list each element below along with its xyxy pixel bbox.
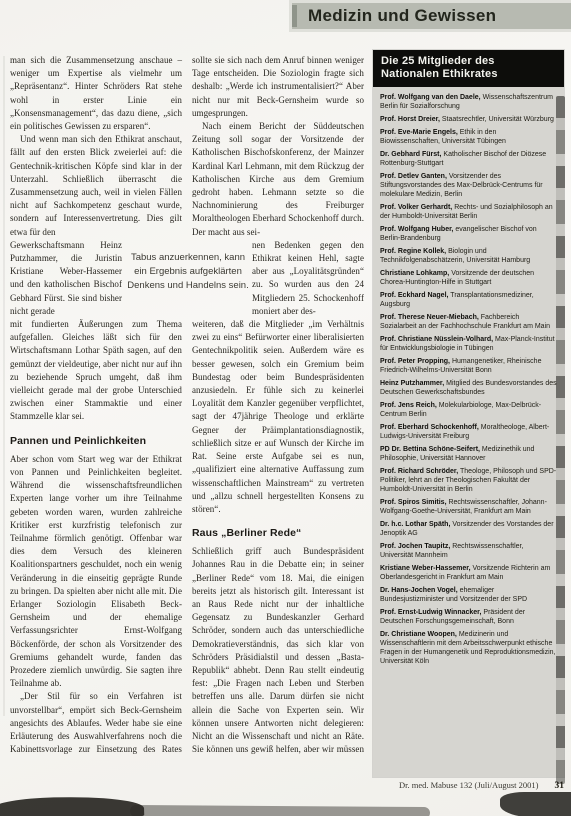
sidebar-member: Prof. Detlev Ganten, Vorsitzender des St… xyxy=(380,172,557,199)
member-name: Heinz Putzhammer, xyxy=(380,380,444,387)
paragraph-wrapped-around-quote: Gewerkschaftsmann Heinz Putzhammer, die … xyxy=(10,239,122,318)
scan-artifact-header-edge xyxy=(292,5,297,27)
article-body: man sich die Zusammensetzung anschaue – … xyxy=(10,54,367,756)
sidebar-member: Prof. Ernst-Ludwig Winnacker, Präsident … xyxy=(380,608,557,626)
sidebar-member: Prof. Horst Dreier, Staatsrechtler, Univ… xyxy=(380,115,557,124)
sidebar-member: Heinz Putzhammer, Mitglied des Bundesvor… xyxy=(380,379,557,397)
sidebar-box: Die 25 Mitglieder des Nationalen Ethikra… xyxy=(373,50,564,777)
member-name: Prof. Eckhard Nagel, xyxy=(380,292,448,299)
member-name: Prof. Jochen Taupitz, xyxy=(380,543,450,550)
member-name: Prof. Christiane Nüsslein-Volhard, xyxy=(380,336,493,343)
paragraph: Schließlich griff auch Bundespräsident J… xyxy=(192,545,364,756)
paragraph: Und wenn man sich den Ethikrat anschaut,… xyxy=(10,133,182,239)
member-name: Prof. Detlev Ganten, xyxy=(380,173,447,180)
sidebar-member: Prof. Eberhard Schockenhoff, Moraltheolo… xyxy=(380,423,557,441)
sidebar-member-list: Prof. Wolfgang van den Daele, Wissenscha… xyxy=(373,87,564,674)
scan-artifact-right-edge xyxy=(556,96,565,784)
member-name: Prof. Spiros Simitis, xyxy=(380,499,447,506)
member-name: Prof. Horst Dreier, xyxy=(380,116,440,123)
scanned-magazine-page: Medizin und Gewissen man sich die Zusamm… xyxy=(0,0,571,816)
paragraph: „Der Stil für so ein Verfahren ist unvor… xyxy=(10,690,182,756)
member-name: Prof. Therese Neuer-Miebach, xyxy=(380,314,479,321)
sidebar-member: Prof. Eckhard Nagel, Transplantationsmed… xyxy=(380,291,557,309)
sidebar-member: Prof. Volker Gerhardt, Rechts- und Sozia… xyxy=(380,203,557,221)
paragraph-wrapped-around-quote: nen Bedenken gegen den Ethikrat keinen H… xyxy=(252,239,364,318)
member-name: PD Dr. Bettina Schöne-Seifert, xyxy=(380,446,480,453)
page-footer: Dr. med. Mabuse 132 (Juli/August 2001) 3… xyxy=(300,780,564,791)
paragraph: weiteren, daß die Mitglieder „im Verhält… xyxy=(192,318,364,516)
member-name: Kristiane Weber-Hassemer, xyxy=(380,565,471,572)
sidebar-member: Prof. Regine Kollek, Biologin und Techni… xyxy=(380,247,557,265)
paragraph: sollte sie sich nach dem Anruf binnen we… xyxy=(192,54,364,120)
sidebar-member: Prof. Christiane Nüsslein-Volhard, Max-P… xyxy=(380,335,557,353)
sidebar-member: Prof. Richard Schröder, Theologe, Philos… xyxy=(380,467,557,494)
member-name: Prof. Eberhard Schockenhoff, xyxy=(380,424,479,431)
sidebar-member: Dr. Hans-Jochen Vogel, ehemaliger Bundes… xyxy=(380,586,557,604)
member-name: Prof. Eve-Marie Engels, xyxy=(380,129,458,136)
sidebar-member: PD Dr. Bettina Schöne-Seifert, Medizinet… xyxy=(380,445,557,463)
paragraph: Nach einem Bericht der Süddeutschen Zeit… xyxy=(192,120,364,239)
article-column-2: sollte sie sich nach dem Anruf binnen we… xyxy=(192,54,364,756)
section-heading-pannen: Pannen und Peinlichkeiten xyxy=(10,435,182,447)
paragraph: Aber schon vom Start weg war der Ethikra… xyxy=(10,453,182,691)
sidebar-title: Die 25 Mitglieder des Nationalen Ethikra… xyxy=(373,50,564,87)
sidebar-member: Prof. Wolfgang van den Daele, Wissenscha… xyxy=(380,93,557,111)
member-name: Dr. Hans-Jochen Vogel, xyxy=(380,587,458,594)
paragraph: mit fundierten Äußerungen zum Thema aufg… xyxy=(10,318,182,424)
member-name: Prof. Regine Kollek, xyxy=(380,248,446,255)
member-name: Dr. h.c. Lothar Späth, xyxy=(380,521,450,528)
scan-artifact-left-crease xyxy=(3,56,5,716)
member-name: Dr. Gebhard Fürst, xyxy=(380,151,441,158)
member-name: Dr. Christiane Woopen, xyxy=(380,631,457,638)
sidebar-member: Kristiane Weber-Hassemer, Vorsitzende Ri… xyxy=(380,564,557,582)
page-header-title: Medizin und Gewissen xyxy=(308,6,496,26)
sidebar-member: Dr. Gebhard Fürst, Katholischer Bischof … xyxy=(380,150,557,168)
member-name: Prof. Volker Gerhardt, xyxy=(380,204,452,211)
section-heading-berliner-rede: Raus „Berliner Rede“ xyxy=(192,527,364,539)
member-desc: Staatsrechtler, Universität Würzburg xyxy=(442,116,554,123)
sidebar-member: Dr. h.c. Lothar Späth, Vorsitzender des … xyxy=(380,520,557,538)
sidebar-member: Prof. Jochen Taupitz, Rechtswissenschaft… xyxy=(380,542,557,560)
sidebar-member: Prof. Eve-Marie Engels, Ethik in den Bio… xyxy=(380,128,557,146)
sidebar-member: Prof. Therese Neuer-Miebach, Fachbereich… xyxy=(380,313,557,331)
sidebar-member: Prof. Peter Propping, Humangenetiker, Rh… xyxy=(380,357,557,375)
sidebar-member: Prof. Spiros Simitis, Rechtswissenschaft… xyxy=(380,498,557,516)
journal-line: Dr. med. Mabuse 132 (Juli/August 2001) xyxy=(399,780,539,790)
sidebar-member: Prof. Jens Reich, Molekularbiologe, Max-… xyxy=(380,401,557,419)
member-name: Prof. Wolfgang Huber, xyxy=(380,226,453,233)
member-name: Prof. Peter Propping, xyxy=(380,358,450,365)
member-name: Prof. Jens Reich, xyxy=(380,402,437,409)
member-name: Christiane Lohkamp, xyxy=(380,270,449,277)
scan-artifact-bottom-right xyxy=(500,792,571,816)
scan-artifact-bottom-center xyxy=(130,805,430,816)
scan-artifact-bottom-left xyxy=(0,795,144,816)
article-column-1: man sich die Zusammensetzung anschaue – … xyxy=(10,54,182,756)
sidebar-member: Christiane Lohkamp, Vorsitzende der deut… xyxy=(380,269,557,287)
paragraph: man sich die Zusammensetzung anschaue – … xyxy=(10,54,182,133)
sidebar-member: Dr. Christiane Woopen, Medizinerin und W… xyxy=(380,630,557,666)
sidebar-member: Prof. Wolfgang Huber, evangelischer Bisc… xyxy=(380,225,557,243)
page-header-bar: Medizin und Gewissen xyxy=(292,3,571,29)
member-name: Prof. Wolfgang van den Daele, xyxy=(380,94,481,101)
member-name: Prof. Ernst-Ludwig Winnacker, xyxy=(380,609,481,616)
pull-quote: Tabus anzuerkennen, kann ein Ergebnis au… xyxy=(127,251,249,293)
member-name: Prof. Richard Schröder, xyxy=(380,468,458,475)
